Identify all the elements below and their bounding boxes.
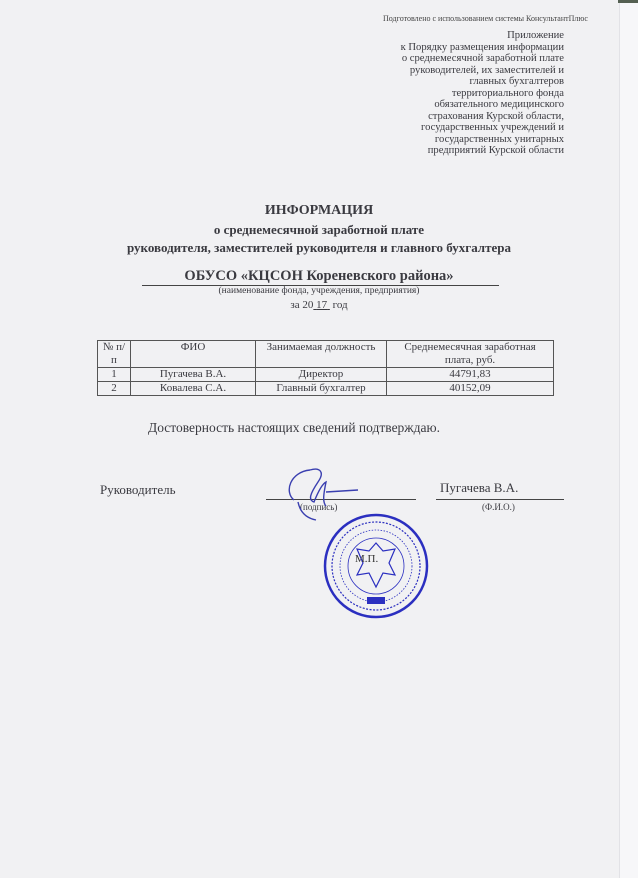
organization-name: ОБУСО «КЦСОН Кореневского района»: [0, 268, 638, 285]
appendix-line: руководителей, их заместителей и: [334, 65, 564, 77]
cell-salary: 44791,83: [387, 368, 554, 382]
appendix-line: государственных учреждений и: [334, 122, 564, 134]
name-caption: (Ф.И.О.): [482, 502, 515, 512]
header-salary: Среднемесячная заработная плата, руб.: [387, 341, 554, 368]
table-header-row: № п/п ФИО Занимаемая должность Среднемес…: [98, 341, 554, 368]
cell-position: Директор: [256, 368, 387, 382]
appendix-line: главных бухгалтеров: [334, 76, 564, 88]
appendix-line: обязательного медицинского: [334, 99, 564, 111]
document-subtitle-2: руководителя, заместителей руководителя …: [0, 240, 638, 256]
cell-salary: 40152,09: [387, 382, 554, 396]
scan-edge-dark: [618, 0, 638, 3]
header-fio: ФИО: [131, 341, 256, 368]
signer-name: Пугачева В.А.: [440, 480, 518, 496]
seal-label: М.П.: [355, 553, 378, 565]
cell-position: Главный бухгалтер: [256, 382, 387, 396]
appendix-line: о среднемесячной заработной плате: [334, 53, 564, 65]
salary-table: № п/п ФИО Занимаемая должность Среднемес…: [97, 340, 554, 396]
appendix-line: государственных унитарных: [334, 134, 564, 146]
scan-edge: [619, 0, 638, 878]
appendix-line: страхования Курской области,: [334, 111, 564, 123]
header-number: № п/п: [98, 341, 131, 368]
name-line: [436, 499, 564, 500]
document-subtitle: о среднемесячной заработной плате: [0, 222, 638, 238]
appendix-line: территориального фонда: [334, 88, 564, 100]
cell-number: 1: [98, 368, 131, 382]
appendix-line: Приложение: [334, 30, 564, 42]
table-row: 2 Ковалева С.А. Главный бухгалтер 40152,…: [98, 382, 554, 396]
cell-number: 2: [98, 382, 131, 396]
year-prefix: за 20: [290, 299, 313, 311]
organization-seal: [323, 513, 429, 619]
appendix-line: предприятий Курской области: [334, 145, 564, 157]
confirmation-text: Достоверность настоящих сведений подтвер…: [148, 420, 440, 436]
cell-fio: Пугачева В.А.: [131, 368, 256, 382]
report-year: за 20 17 год: [0, 299, 638, 311]
cell-fio: Ковалева С.А.: [131, 382, 256, 396]
appendix-block: Приложение к Порядку размещения информац…: [334, 30, 564, 157]
year-value: 17: [316, 299, 327, 311]
document-title: ИНФОРМАЦИЯ: [0, 203, 638, 219]
table-row: 1 Пугачева В.А. Директор 44791,83: [98, 368, 554, 382]
year-suffix: год: [333, 299, 348, 311]
organization-caption: (наименование фонда, учреждения, предпри…: [0, 286, 638, 296]
header-position: Занимаемая должность: [256, 341, 387, 368]
appendix-line: к Порядку размещения информации: [334, 42, 564, 54]
signer-role: Руководитель: [100, 482, 176, 498]
konsultant-note: Подготовлено с использованием системы Ко…: [383, 14, 588, 23]
